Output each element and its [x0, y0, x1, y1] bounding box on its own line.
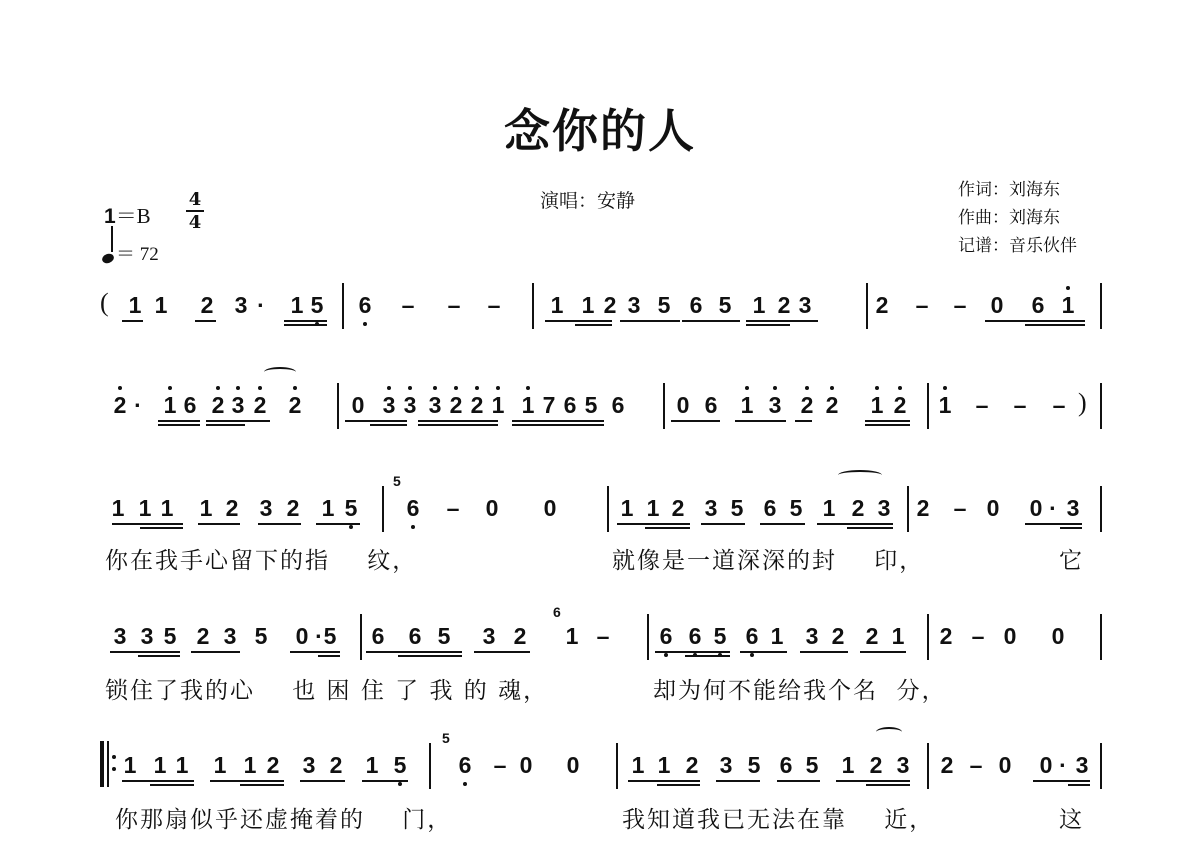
- song-title: 念你的人: [0, 95, 1200, 161]
- note: 1: [838, 753, 858, 777]
- note: 2: [936, 624, 956, 648]
- barline: [866, 283, 868, 329]
- barline: [927, 743, 929, 789]
- note: 2: [890, 393, 910, 417]
- beam-underline: [740, 651, 787, 653]
- beam-underline: [836, 780, 910, 782]
- beam-underline: [284, 320, 327, 322]
- beam-underline: [1060, 527, 1082, 529]
- time-signature: 4 4: [186, 190, 204, 233]
- note: 1: [654, 753, 674, 777]
- note: 2: [797, 393, 817, 417]
- note: 3: [110, 624, 130, 648]
- beam-underline: [628, 780, 700, 782]
- beam-underline: [1033, 780, 1090, 782]
- note: 1: [135, 496, 155, 520]
- note: –: [1010, 393, 1030, 417]
- note: 2: [774, 293, 794, 317]
- beam-underline: [370, 424, 407, 426]
- beam-underline: [817, 523, 893, 525]
- note: 3: [379, 393, 399, 417]
- beam-underline: [1068, 784, 1090, 786]
- note: 5: [160, 624, 180, 648]
- note: 0: [482, 496, 502, 520]
- note: 6: [368, 624, 388, 648]
- note: 0: [995, 753, 1015, 777]
- note: 2: [285, 393, 305, 417]
- beam-underline: [195, 320, 216, 322]
- note: 3: [893, 753, 913, 777]
- bracket: ): [1078, 388, 1087, 418]
- beam-underline: [366, 651, 462, 653]
- beam-underline: [620, 320, 680, 322]
- note: 1: [318, 496, 338, 520]
- beam-underline: [418, 424, 498, 426]
- note: 5: [802, 753, 822, 777]
- note: 6: [685, 624, 705, 648]
- singer-credit: 演唱：安静: [540, 186, 635, 213]
- barline: [1100, 614, 1102, 660]
- note: 0: [1000, 624, 1020, 648]
- note: 6: [656, 624, 676, 648]
- lyric-line: 我知道我已无法在靠 近，: [622, 801, 934, 834]
- note: –: [1049, 393, 1069, 417]
- note: –: [593, 624, 613, 648]
- beam-underline: [158, 424, 200, 426]
- note: 5: [786, 496, 806, 520]
- note: 3: [802, 624, 822, 648]
- note: 3: [1063, 496, 1083, 520]
- note: 5: [320, 624, 340, 648]
- beam-underline: [1025, 324, 1085, 326]
- beam-underline: [150, 784, 194, 786]
- note: 1: [108, 496, 128, 520]
- barline: [342, 283, 344, 329]
- note: 1: [1058, 293, 1078, 317]
- lyric-line: 你那扇似乎还虚掩着的 门，: [115, 801, 452, 834]
- note: 2: [222, 496, 242, 520]
- note: 3: [874, 496, 894, 520]
- beam-underline: [865, 424, 910, 426]
- note: 1: [151, 293, 171, 317]
- note: 1: [888, 624, 908, 648]
- beam-underline: [300, 780, 345, 782]
- note: ·: [128, 393, 148, 417]
- note: 2: [600, 293, 620, 317]
- barline: [1100, 283, 1102, 329]
- note: 5: [715, 293, 735, 317]
- note: 5: [341, 496, 361, 520]
- beam-underline: [545, 320, 612, 322]
- key-name: ＝B: [116, 204, 151, 228]
- note-stem: [111, 226, 113, 252]
- grace-note: 5: [393, 473, 401, 489]
- note: –: [484, 293, 504, 317]
- beam-underline: [701, 523, 745, 525]
- beam-underline: [206, 420, 270, 422]
- tempo-mark: ＝ 72: [102, 234, 159, 266]
- note: 1: [628, 753, 648, 777]
- note: –: [966, 753, 986, 777]
- barline: [1100, 383, 1102, 429]
- note: 3: [137, 624, 157, 648]
- beam-underline: [284, 324, 327, 326]
- composer-credit: 作曲：刘海东: [958, 204, 1077, 232]
- repeat-dot: [112, 755, 116, 759]
- note: 5: [727, 496, 747, 520]
- note: 1: [240, 753, 260, 777]
- barline: [360, 614, 362, 660]
- note: 3: [479, 624, 499, 648]
- note: 6: [355, 293, 375, 317]
- barline: [907, 486, 909, 532]
- lyric-line: 它: [1059, 542, 1084, 575]
- beam-underline: [682, 320, 740, 322]
- note: 6: [742, 624, 762, 648]
- beam-underline: [474, 651, 530, 653]
- note: 6: [776, 753, 796, 777]
- barline: [1100, 486, 1102, 532]
- note: 3: [220, 624, 240, 648]
- beam-underline: [795, 420, 812, 422]
- barline: [607, 486, 609, 532]
- note: –: [968, 624, 988, 648]
- beam-underline: [290, 651, 340, 653]
- note: 2: [872, 293, 892, 317]
- note: 3: [231, 293, 251, 317]
- note: 1: [157, 496, 177, 520]
- note: 1: [578, 293, 598, 317]
- note: 6: [760, 496, 780, 520]
- note: 1: [488, 393, 508, 417]
- beam-underline: [716, 780, 760, 782]
- slur: [264, 367, 296, 377]
- note: 0: [540, 496, 560, 520]
- beam-underline: [240, 784, 284, 786]
- time-bottom: 4: [186, 213, 204, 233]
- note: 1: [737, 393, 757, 417]
- note: 1: [935, 393, 955, 417]
- barline: [1100, 743, 1102, 789]
- note: 6: [403, 496, 423, 520]
- note: ·: [1053, 753, 1073, 777]
- note: 2: [326, 753, 346, 777]
- note: 3: [795, 293, 815, 317]
- note: 1: [547, 293, 567, 317]
- beam-underline: [398, 655, 462, 657]
- beam-underline: [140, 527, 183, 529]
- beam-underline: [158, 420, 200, 422]
- note: 5: [654, 293, 674, 317]
- note: –: [398, 293, 418, 317]
- note: 0: [348, 393, 368, 417]
- note: 6: [608, 393, 628, 417]
- note: 2: [862, 624, 882, 648]
- credits-block: 作词：刘海东 作曲：刘海东 记谱：音乐伙伴: [958, 176, 1077, 260]
- note: –: [490, 753, 510, 777]
- note: 7: [539, 393, 559, 417]
- beam-underline: [206, 424, 245, 426]
- note: 2: [283, 496, 303, 520]
- note: 2: [193, 624, 213, 648]
- note: 5: [581, 393, 601, 417]
- beam-underline: [575, 324, 612, 326]
- barline: [429, 743, 431, 789]
- note: 1: [120, 753, 140, 777]
- note: 1: [617, 496, 637, 520]
- beam-underline: [860, 651, 906, 653]
- beam-underline: [112, 523, 183, 525]
- beam-underline: [1025, 523, 1082, 525]
- beam-underline: [865, 420, 910, 422]
- beam-underline: [657, 784, 700, 786]
- beam-underline: [512, 424, 604, 426]
- beam-underline: [760, 523, 805, 525]
- note: 1: [210, 753, 230, 777]
- beam-underline: [847, 527, 893, 529]
- note: 3: [425, 393, 445, 417]
- note: 6: [701, 393, 721, 417]
- beam-underline: [685, 655, 730, 657]
- note: 1: [749, 293, 769, 317]
- beam-underline: [645, 527, 690, 529]
- lyric-line: 锁住了我的心 也 困 住 了 我 的 魂，: [105, 672, 548, 705]
- note: 3: [228, 393, 248, 417]
- note: 3: [299, 753, 319, 777]
- note: 1: [767, 624, 787, 648]
- note: 1: [643, 496, 663, 520]
- note: 3: [1072, 753, 1092, 777]
- note: 5: [251, 624, 271, 648]
- note: 2: [510, 624, 530, 648]
- barline: [616, 743, 618, 789]
- note: 0: [987, 293, 1007, 317]
- note: 2: [866, 753, 886, 777]
- note: 2: [822, 393, 842, 417]
- beam-underline: [258, 523, 301, 525]
- note: 1: [150, 753, 170, 777]
- barline: [927, 614, 929, 660]
- note: 2: [937, 753, 957, 777]
- beam-underline: [362, 780, 408, 782]
- note: 3: [256, 496, 276, 520]
- note: –: [972, 393, 992, 417]
- lyric-line: 却为何不能给我个名 分，: [653, 672, 947, 705]
- barline: [532, 283, 534, 329]
- note: 1: [125, 293, 145, 317]
- note: 0: [516, 753, 536, 777]
- note: 1: [562, 624, 582, 648]
- note: 1: [172, 753, 192, 777]
- note: 3: [716, 753, 736, 777]
- beam-underline: [655, 651, 730, 653]
- beam-underline: [746, 320, 818, 322]
- note: –: [444, 293, 464, 317]
- time-top: 4: [186, 190, 204, 210]
- note: 1: [196, 496, 216, 520]
- note: 2: [913, 496, 933, 520]
- beam-underline: [418, 420, 498, 422]
- beam-underline: [122, 320, 143, 322]
- beam-underline: [318, 655, 340, 657]
- note: 5: [307, 293, 327, 317]
- beam-underline: [746, 324, 790, 326]
- note: 6: [686, 293, 706, 317]
- note: 2: [668, 496, 688, 520]
- beam-underline: [138, 655, 180, 657]
- note: 1: [362, 753, 382, 777]
- slur: [838, 470, 882, 480]
- note: ·: [251, 293, 271, 317]
- note: 1: [518, 393, 538, 417]
- note: 2: [263, 753, 283, 777]
- note: 1: [160, 393, 180, 417]
- note: –: [950, 496, 970, 520]
- grace-note: 6: [553, 604, 561, 620]
- note: 6: [1028, 293, 1048, 317]
- note: 1: [287, 293, 307, 317]
- note: 5: [744, 753, 764, 777]
- quarter-note-icon: [101, 252, 115, 265]
- bracket: (: [100, 288, 109, 318]
- beam-underline: [191, 651, 240, 653]
- note: 2: [250, 393, 270, 417]
- note: –: [443, 496, 463, 520]
- beam-underline: [198, 523, 240, 525]
- repeat-dot: [112, 767, 116, 771]
- note: 1: [819, 496, 839, 520]
- beam-underline: [345, 420, 407, 422]
- note: 0: [563, 753, 583, 777]
- note: 6: [455, 753, 475, 777]
- note: ·: [1043, 496, 1063, 520]
- repeat-start-thin: [107, 741, 109, 787]
- transcriber-credit: 记谱：音乐伙伴: [958, 232, 1077, 260]
- lyric-line: 就像是一道深深的封 印，: [612, 542, 924, 575]
- note: 2: [828, 624, 848, 648]
- note: 2: [467, 393, 487, 417]
- note: 6: [405, 624, 425, 648]
- note: 5: [390, 753, 410, 777]
- note: –: [950, 293, 970, 317]
- note: 2: [682, 753, 702, 777]
- barline: [382, 486, 384, 532]
- slur: [876, 727, 902, 737]
- beam-underline: [316, 523, 360, 525]
- grace-note: 5: [442, 730, 450, 746]
- beam-underline: [122, 780, 194, 782]
- beam-underline: [777, 780, 820, 782]
- lyricist-credit: 作词：刘海东: [958, 176, 1077, 204]
- repeat-start-thick: [100, 741, 104, 787]
- note: 2: [848, 496, 868, 520]
- tempo-value: ＝ 72: [116, 244, 159, 265]
- barline: [663, 383, 665, 429]
- beam-underline: [210, 780, 284, 782]
- note: 5: [710, 624, 730, 648]
- note: 5: [434, 624, 454, 648]
- note: –: [912, 293, 932, 317]
- beam-underline: [800, 651, 848, 653]
- note: 2: [208, 393, 228, 417]
- note: 2: [197, 293, 217, 317]
- note: 0: [673, 393, 693, 417]
- beam-underline: [110, 651, 180, 653]
- barline: [927, 383, 929, 429]
- barline: [647, 614, 649, 660]
- note: 3: [765, 393, 785, 417]
- beam-underline: [671, 420, 720, 422]
- note: 3: [400, 393, 420, 417]
- note: 0: [983, 496, 1003, 520]
- beam-underline: [985, 320, 1085, 322]
- beam-underline: [512, 420, 604, 422]
- lyric-line: 你在我手心留下的指 纹，: [105, 542, 417, 575]
- note: 2: [110, 393, 130, 417]
- note: 6: [180, 393, 200, 417]
- key-tonic: 1: [104, 205, 116, 228]
- barline: [337, 383, 339, 429]
- note: 2: [446, 393, 466, 417]
- note: 6: [560, 393, 580, 417]
- beam-underline: [617, 523, 690, 525]
- note: 3: [624, 293, 644, 317]
- beam-underline: [735, 420, 786, 422]
- note: 1: [867, 393, 887, 417]
- note: 0: [1048, 624, 1068, 648]
- beam-underline: [866, 784, 910, 786]
- lyric-line: 这: [1059, 801, 1084, 834]
- note: 3: [701, 496, 721, 520]
